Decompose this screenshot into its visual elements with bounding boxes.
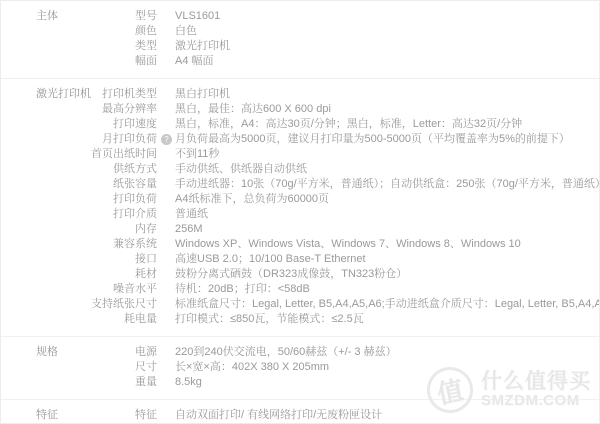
spec-label: 幅面 <box>89 54 157 69</box>
spec-label: 重量 <box>89 375 157 390</box>
spec-label-text: 纸张容量 <box>113 178 157 190</box>
spec-label-text: 最高分辨率 <box>102 103 157 115</box>
spec-label-text: 打印介质 <box>113 208 157 220</box>
spec-row: 电源 220到240伏交流电，50/60赫兹（+/- 3 赫兹） <box>89 345 599 360</box>
spec-value: 手动进纸器：10张（70g/平方米，普通纸）；自动供纸盒：250张（70g/平方… <box>157 177 599 192</box>
spec-label: 耗材 <box>89 267 157 282</box>
section-rows: 打印机类型 黑白打印机 最高分辨率 黑白，最佳：高达600 X 600 dpi … <box>89 87 599 327</box>
spec-label-text: 耗材 <box>135 268 157 280</box>
spec-row: 打印速度 黑白，标准，A4：高达30页/分钟；黑白，标准，Letter：高达32… <box>89 117 599 132</box>
spec-row: 内存 256M <box>89 222 599 237</box>
spec-row: 供纸方式 手动供纸、供纸器自动供纸 <box>89 162 599 177</box>
spec-label: 电源 <box>89 345 157 360</box>
spec-label-text: 内存 <box>135 223 157 235</box>
spec-row: 尺寸 长×宽×高：402X 380 X 205mm <box>89 360 599 375</box>
spec-label: 供纸方式 <box>89 162 157 177</box>
spec-label: 月打印负荷 ? <box>89 132 157 147</box>
spec-label-text: 类型 <box>135 40 157 52</box>
spec-sheet-page: 主体 型号 VLS1601 颜色 白色 类型 激光打印机 幅面 A4 幅面 激光… <box>0 0 600 424</box>
spec-section: 特征 特征 自动双面打印/ 有线网络打印/无废粉匣设计 <box>1 399 599 424</box>
spec-row: 噪音水平 待机：20dB；打印：<58dB <box>89 282 599 297</box>
spec-value: A4纸标准下，总负荷为60000页 <box>157 192 599 207</box>
spec-label: 耗电量 <box>89 312 157 327</box>
section-category: 规格 <box>1 345 89 360</box>
spec-value: 待机：20dB；打印：<58dB <box>157 282 599 297</box>
spec-value: A4 幅面 <box>157 54 599 69</box>
spec-row: 打印介质 普通纸 <box>89 207 599 222</box>
spec-label-text: 接口 <box>135 253 157 265</box>
spec-label: 打印介质 <box>89 207 157 222</box>
spec-row: 打印机类型 黑白打印机 <box>89 87 599 102</box>
spec-row: 兼容系统 Windows XP、Windows Vista、Windows 7、… <box>89 237 599 252</box>
spec-row: 最高分辨率 黑白，最佳：高达600 X 600 dpi <box>89 102 599 117</box>
spec-label-text: 打印负荷 <box>113 193 157 205</box>
spec-label: 兼容系统 <box>89 237 157 252</box>
spec-label: 特征 <box>89 408 157 423</box>
spec-row: 支持纸张尺寸 标准纸盒尺寸：Legal, Letter, B5,A4,A5,A6… <box>89 297 599 312</box>
spec-value: 黑白，标准，A4：高达30页/分钟；黑白，标准，Letter：高达32页/分钟 <box>157 117 599 132</box>
spec-value: 激光打印机 <box>157 39 599 54</box>
spec-row: 幅面 A4 幅面 <box>89 54 599 69</box>
spec-row: 重量 8.5kg <box>89 375 599 390</box>
spec-value: 鼓粉分离式硒鼓（DR323成像鼓，TN323粉仓） <box>157 267 599 282</box>
spec-value: 黑白，最佳：高达600 X 600 dpi <box>157 102 599 117</box>
spec-label: 最高分辨率 <box>89 102 157 117</box>
spec-label-text: 幅面 <box>135 55 157 67</box>
spec-label-text: 供纸方式 <box>113 163 157 175</box>
spec-value: 白色 <box>157 24 599 39</box>
spec-value: 高速USB 2.0；10/100 Base-T Ethernet <box>157 252 599 267</box>
spec-label-text: 噪音水平 <box>113 283 157 295</box>
spec-label-text: 电源 <box>135 346 157 358</box>
spec-label: 接口 <box>89 252 157 267</box>
spec-label: 打印负荷 <box>89 192 157 207</box>
spec-label-text: 型号 <box>135 10 157 22</box>
spec-value: Windows XP、Windows Vista、Windows 7、Windo… <box>157 237 599 252</box>
spec-label-text: 颜色 <box>135 25 157 37</box>
spec-value: 自动双面打印/ 有线网络打印/无废粉匣设计 <box>157 408 599 423</box>
spec-label: 打印速度 <box>89 117 157 132</box>
spec-row: 纸张容量 手动进纸器：10张（70g/平方米，普通纸）；自动供纸盒：250张（7… <box>89 177 599 192</box>
spec-row: 接口 高速USB 2.0；10/100 Base-T Ethernet <box>89 252 599 267</box>
section-category: 主体 <box>1 9 89 24</box>
spec-label: 颜色 <box>89 24 157 39</box>
spec-label-text: 尺寸 <box>135 361 157 373</box>
spec-row: 型号 VLS1601 <box>89 9 599 24</box>
spec-row: 类型 激光打印机 <box>89 39 599 54</box>
section-rows: 电源 220到240伏交流电，50/60赫兹（+/- 3 赫兹） 尺寸 长×宽×… <box>89 345 599 390</box>
spec-value: 普通纸 <box>157 207 599 222</box>
spec-section: 主体 型号 VLS1601 颜色 白色 类型 激光打印机 幅面 A4 幅面 <box>1 1 599 78</box>
spec-label-text: 兼容系统 <box>113 238 157 250</box>
spec-label: 噪音水平 <box>89 282 157 297</box>
spec-section: 规格 电源 220到240伏交流电，50/60赫兹（+/- 3 赫兹） 尺寸 长… <box>1 336 599 399</box>
spec-label: 纸张容量 <box>89 177 157 192</box>
section-rows: 型号 VLS1601 颜色 白色 类型 激光打印机 幅面 A4 幅面 <box>89 9 599 69</box>
spec-row: 月打印负荷 ? 月负荷最高为5000页，建议月打印量为500-5000页（平均覆… <box>89 132 599 147</box>
section-category: 激光打印机 <box>1 87 89 102</box>
spec-row: 打印负荷 A4纸标准下，总负荷为60000页 <box>89 192 599 207</box>
spec-label-text: 支持纸张尺寸 <box>91 298 157 310</box>
spec-label-text: 打印速度 <box>113 118 157 130</box>
spec-label-text: 首页出纸时间 <box>91 148 157 160</box>
spec-value: 手动供纸、供纸器自动供纸 <box>157 162 599 177</box>
spec-value: 不到11秒 <box>157 147 599 162</box>
spec-label: 打印机类型 <box>89 87 157 102</box>
spec-label-text: 重量 <box>135 376 157 388</box>
spec-row: 特征 自动双面打印/ 有线网络打印/无废粉匣设计 <box>89 408 599 423</box>
spec-label: 首页出纸时间 <box>89 147 157 162</box>
spec-label: 尺寸 <box>89 360 157 375</box>
help-icon[interactable]: ? <box>161 134 172 145</box>
spec-value: 220到240伏交流电，50/60赫兹（+/- 3 赫兹） <box>157 345 599 360</box>
spec-label: 内存 <box>89 222 157 237</box>
spec-label-text: 特征 <box>135 409 157 421</box>
section-rows: 特征 自动双面打印/ 有线网络打印/无废粉匣设计 <box>89 408 599 423</box>
spec-value: 标准纸盒尺寸：Legal, Letter, B5,A4,A5,A6;手动进纸盒介… <box>157 297 599 312</box>
spec-row: 耗电量 打印模式：≤850瓦，节能模式：≤2.5瓦 <box>89 312 599 327</box>
spec-value: VLS1601 <box>157 9 599 24</box>
spec-value: 黑白打印机 <box>157 87 599 102</box>
spec-value: 长×宽×高：402X 380 X 205mm <box>157 360 599 375</box>
spec-label-text: 月打印负荷 <box>102 133 157 145</box>
spec-label-text: 打印机类型 <box>102 88 157 100</box>
spec-value: 月负荷最高为5000页，建议月打印量为500-5000页（平均覆盖率为5%的前提… <box>157 132 599 147</box>
spec-label-text: 耗电量 <box>124 313 157 325</box>
spec-row: 颜色 白色 <box>89 24 599 39</box>
spec-value: 打印模式：≤850瓦，节能模式：≤2.5瓦 <box>157 312 599 327</box>
spec-value: 256M <box>157 222 599 237</box>
spec-label: 支持纸张尺寸 <box>89 297 157 312</box>
spec-section: 激光打印机 打印机类型 黑白打印机 最高分辨率 黑白，最佳：高达600 X 60… <box>1 78 599 336</box>
spec-label: 型号 <box>89 9 157 24</box>
spec-value: 8.5kg <box>157 375 599 390</box>
spec-row: 耗材 鼓粉分离式硒鼓（DR323成像鼓，TN323粉仓） <box>89 267 599 282</box>
spec-label: 类型 <box>89 39 157 54</box>
section-category: 特征 <box>1 408 89 423</box>
spec-table: 主体 型号 VLS1601 颜色 白色 类型 激光打印机 幅面 A4 幅面 激光… <box>1 1 599 424</box>
spec-row: 首页出纸时间 不到11秒 <box>89 147 599 162</box>
